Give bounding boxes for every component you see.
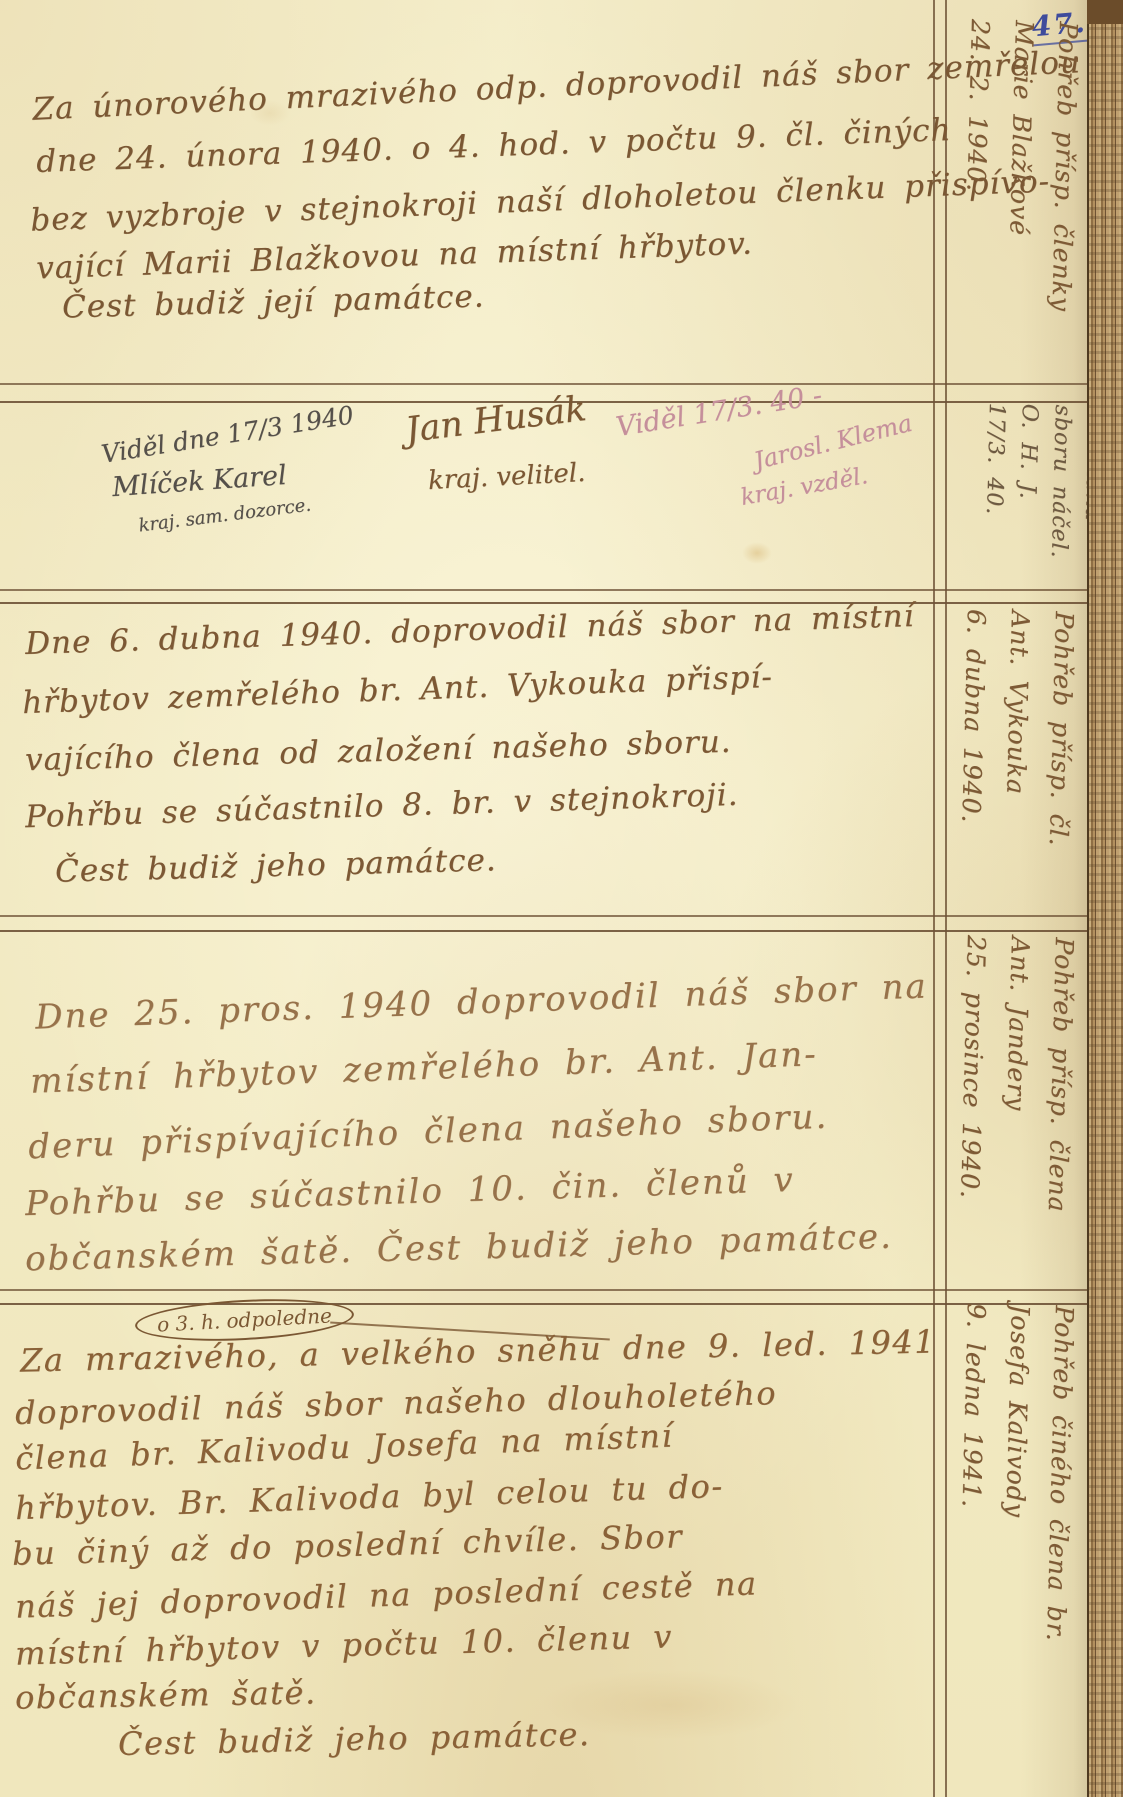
- signature-pink: Jarosl. Klema: [751, 409, 915, 475]
- section-divider-rule: [0, 589, 1090, 591]
- margin-line: 9. ledna 1941.: [945, 1303, 998, 1641]
- margin-line: Pohřeb činého člena br.: [1033, 1305, 1086, 1643]
- entry3-line: Dne 6. dubna 1940. doprovodil náš sbor n…: [25, 598, 915, 662]
- entry5-line: náš jej doprovodil na poslední cestě na: [15, 1564, 758, 1625]
- margin-line: Marie Blažkové: [994, 20, 1046, 312]
- signature-title: kraj. sam. dozorce.: [137, 495, 312, 537]
- margin-line: Pohřeb přísp. člena: [1035, 937, 1086, 1213]
- entry3-line: Pohřbu se súčastnilo 8. br. v stejnokroj…: [25, 777, 739, 835]
- section-divider-rule: [0, 383, 1090, 385]
- margin-vertical-rule: [945, 0, 947, 1797]
- entry5-margin-note: Pohřeb činého člena br. Josefa Kalivody …: [945, 1303, 1086, 1643]
- entry3-line: Čest budiž jeho památce.: [55, 842, 497, 890]
- margin-line: Ant. Vykouka: [992, 610, 1042, 846]
- section-divider-rule: [0, 1289, 1090, 1291]
- entry3-line: hřbytov zemřelého br. Ant. Vykouka přisp…: [22, 659, 774, 721]
- entry1-line: Čest budiž její památce.: [62, 278, 485, 325]
- section-divider-rule: [0, 602, 1090, 604]
- entry4-line: deru přispívajícího člena našeho sboru.: [28, 1097, 829, 1168]
- entry4-line: Dne 25. pros. 1940 doprovodil náš sbor n…: [35, 966, 929, 1037]
- inspection-note: Viděl dne 17/3 1940: [99, 400, 355, 469]
- section-divider-rule: [0, 915, 1090, 917]
- margin-line: 25. prosince 1940.: [947, 935, 998, 1211]
- entry5-line: občanském šatě.: [15, 1673, 317, 1716]
- entry3-margin-note: Pohřeb přísp. čl. Ant. Vykouka 6. dubna …: [948, 609, 1086, 848]
- signature-title: kraj. velitel.: [427, 458, 586, 496]
- signature: Mlíček Karel: [111, 460, 287, 503]
- signature: Jan Husák: [403, 389, 588, 451]
- entry1-line: vající Marii Blažkovou na místní hřbytov…: [36, 225, 754, 286]
- margin-line: 17/3. 40.: [976, 403, 1013, 558]
- section-divider-rule: [0, 930, 1090, 932]
- margin-vertical-rule: [933, 0, 935, 1797]
- entry4-line: místní hřbytov zemřelého br. Ant. Jan-: [30, 1034, 819, 1101]
- entry5-line: místní hřbytov v počtu 10. členu v: [15, 1617, 674, 1672]
- entry1-line: dne 24. února 1940. o 4. hod. v počtu 9.…: [36, 112, 952, 180]
- margin-line: O. H. J.: [1009, 403, 1046, 558]
- margin-line: 24. 2. 1940.: [950, 19, 1002, 311]
- margin-line: sboru náčel.: [1042, 404, 1079, 559]
- book-edge: [1087, 0, 1123, 1797]
- entry4-line: občanském šatě. Čest budiž jeho památce.: [25, 1217, 894, 1280]
- margin-line: Pohřeb přísp. členky: [1038, 21, 1090, 313]
- entry5-line: Čest budiž jeho památce.: [118, 1715, 591, 1763]
- section-divider-rule: [0, 1303, 1090, 1305]
- chronicle-page: 47. Za únorového mrazivého odp. doprovod…: [0, 0, 1123, 1797]
- margin-line: Ant. Jandery: [991, 936, 1042, 1212]
- entry4-line: Pohřbu se súčastnilo 10. čin. členů v: [25, 1160, 796, 1224]
- inspection-note-pink: Viděl 17/3. 40 -: [614, 380, 824, 443]
- paper-stain: [742, 542, 772, 564]
- entry5-line: bu činý až do poslední chvíle. Sbor: [12, 1517, 684, 1573]
- margin-line: Pohřeb přísp. čl.: [1036, 611, 1086, 847]
- book-edge-corner: [1087, 0, 1123, 24]
- margin-line: 6. dubna 1940.: [948, 609, 998, 845]
- entry4-margin-note: Pohřeb přísp. člena Ant. Jandery 25. pro…: [947, 935, 1086, 1214]
- entry1-margin-note: Pohřeb přísp. členky Marie Blažkové 24. …: [950, 19, 1090, 313]
- entry3-line: vajícího člena od založení našeho sboru.: [25, 724, 732, 778]
